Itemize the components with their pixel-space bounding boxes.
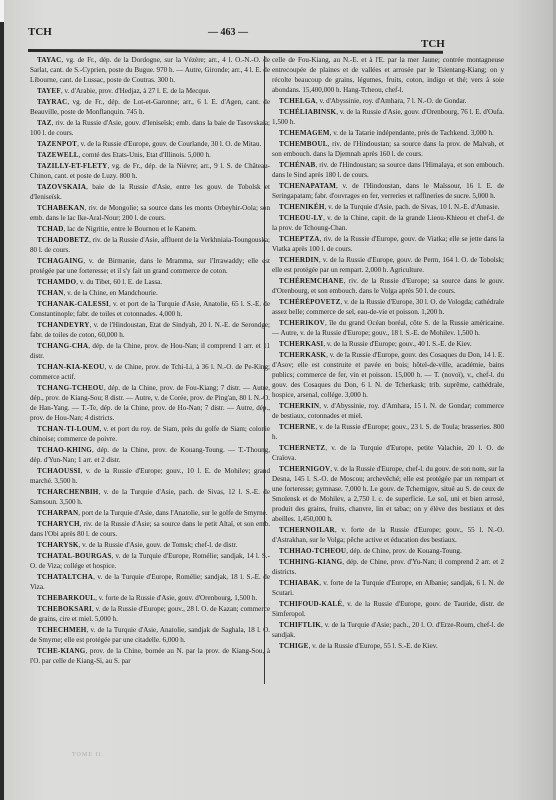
page-binding-edge [0, 0, 4, 800]
dictionary-entry: TCHIFOUD-KALÉ, v. de la Russie d'Europe,… [272, 599, 504, 619]
entry-headword: TCHÉNAB [279, 161, 315, 169]
entry-headword: TCHATAL-BOURGAS [37, 552, 111, 560]
dictionary-entry: TAYRAC, vg. de Fr., dép. de Lot-et-Garon… [30, 97, 270, 117]
dictionary-entry: TCHIFTLIK, v. de la Turquie d'Asie; pach… [272, 620, 504, 640]
entry-text: , v. de la Russie d'Europe; gouv., 40 l.… [323, 340, 471, 348]
running-head-left: TCH [28, 26, 52, 38]
entry-text: , v. du Tibet, 60 l. E. de Lassa. [76, 278, 162, 286]
dictionary-entry: TCHANDEYRY, v. de l'Hindoustan, Etat de … [30, 320, 270, 340]
entry-headword: TCHENAPATAM [279, 182, 336, 190]
entry-headword: TAZENPOT [37, 140, 77, 148]
entry-headword: TCHEMBOUL [279, 140, 328, 148]
entry-headword: TCHIFTLIK [279, 621, 321, 629]
entry-text: , v. de la Turquie d'Asie, pach. de Siva… [325, 203, 500, 211]
dictionary-entry: TAYEF, v. d'Arabie, prov. d'Hedjaz, à 27… [30, 86, 270, 96]
dictionary-entry: TCHANG-TCHEOU, dép. de la Chine, prov. d… [30, 383, 270, 423]
dictionary-entry: TCHERKASK, v. de la Russie d'Europe, gou… [272, 350, 504, 400]
dictionary-entry: TAZILLY-ET-FLETY, vg. de Fr., dép. de la… [30, 161, 270, 181]
entry-headword: TCHERIKOV [279, 319, 325, 327]
entry-headword: TCHAMDO [37, 278, 76, 286]
entry-text: , comté des Etats-Unis, Etat d'Illinois.… [79, 151, 211, 159]
dictionary-entry: TCHHING-KIANG, dép. de Chine, prov. d'Yu… [272, 557, 504, 577]
entry-headword: TCHIABAK [279, 579, 319, 587]
dictionary-entry: TCHEMBOUL, riv. de l'Hindoustan; sa sour… [272, 139, 504, 159]
entry-headword: TAYAC [37, 56, 61, 64]
entry-headword: TCHARYSK [37, 541, 79, 549]
entry-headword: TCHAD [37, 225, 64, 233]
dictionary-entry: TAZEWELL, comté des Etats-Unis, Etat d'I… [30, 150, 270, 160]
dictionary-entry: TCHARCHENBIH, v. de la Turquie d'Asie, p… [30, 487, 270, 507]
dictionary-entry: TCHENAPATAM, v. de l'Hindoustan, dans le… [272, 181, 504, 201]
dictionary-entry: TAZ, riv. de la Russie d'Asie, gouv. d'I… [30, 118, 270, 138]
dictionary-entry: TCHERNE, v. de la Russie d'Europe; gouv.… [272, 422, 504, 442]
entry-headword: TCHÉRÉPOVETZ [279, 298, 341, 306]
dictionary-entry: TCHHAO-TCHEOU, dép. de Chine, prov. de K… [272, 546, 504, 556]
entry-headword: TAZ [37, 119, 52, 127]
dictionary-entry: TAYAC, vg. de Fr., dép. de la Dordogne, … [30, 55, 270, 85]
dictionary-entry: TCHERNOILAR, v. forte de la Russie d'Eur… [272, 525, 504, 545]
signature-mark: TOME II. [72, 752, 104, 758]
entry-headword: TCHÉLIABINSK [279, 108, 336, 116]
dictionary-entry: TCHARPAN, port de la Turquie d'Asie, dan… [30, 508, 270, 518]
entry-headword: TCHAN [37, 289, 64, 297]
entry-headword: TCHERNIGOV [279, 465, 330, 473]
entry-headword: TCHELGA [279, 97, 316, 105]
entry-headword: TCHEBOKSARI [37, 605, 92, 613]
entry-headword: TCHANDEYRY [37, 321, 90, 329]
dictionary-entry: TCHAMDO, v. du Tibet, 60 l. E. de Lassa. [30, 277, 270, 287]
entry-headword: TCHAN-KIA-KEOU [37, 363, 104, 371]
dictionary-entry: TCHANG-CHA, dép. de la Chine, prov. de H… [30, 341, 270, 361]
entry-headword: TCHANG-TCHEOU [37, 384, 104, 392]
entry-headword: TCHERKASK [279, 351, 326, 359]
dictionary-entry: TCHAD, lac de Nigritie, entre le Bournou… [30, 224, 270, 234]
entry-text: , lac de Nigritie, entre le Bournou et l… [64, 225, 197, 233]
running-head-right: TCH [421, 38, 445, 50]
entry-headword: TCHARCHENBIH [37, 488, 99, 496]
running-header: TCH — 463 — TCH [28, 26, 442, 48]
entry-headword: TCHERDIN [279, 256, 319, 264]
dictionary-entry: TCHABEKAN, riv. de Mongolie; sa source d… [30, 203, 270, 223]
entry-text: , v. de la Russie d'Europe, 55 l. S.-E. … [309, 642, 438, 650]
entry-headword: TCHERKIN [279, 402, 319, 410]
entry-text: , v. d'Abyssinie, roy. d'Amhara, 7 l. N.… [316, 97, 467, 105]
entry-headword: TCHABEKAN [37, 204, 85, 212]
dictionary-entry: TCHAOUSSI, v. de la Russie d'Europe; gou… [30, 466, 270, 486]
entry-headword: TCHATALTCHA [37, 573, 93, 581]
entry-text: , v. de la Chine, en Mandchourie. [64, 289, 158, 297]
entry-headword: TCHE-KIANG [37, 647, 86, 655]
entry-headword: TCHANAK-CALESSI [37, 300, 109, 308]
entry-headword: TCHHAO-TCHEOU [279, 547, 346, 555]
entry-headword: TCHERKASI [279, 340, 323, 348]
entry-text: , riv. de la Russie d'Asie, gouv. d'Ieni… [30, 119, 270, 137]
dictionary-entry: TCHARYSK, v. de la Russie d'Asie, gouv. … [30, 540, 270, 550]
entry-headword: TCHEPTZA [279, 235, 320, 243]
entry-headword: TCHENIKÉH [279, 203, 325, 211]
dictionary-entry: TAZOVSKAIA, baie de la Russie d'Asie, en… [30, 182, 270, 202]
dictionary-entry: TCHIABAK, v. forte de la Turquie d'Europ… [272, 578, 504, 598]
dictionary-entry: TCHÉREMCHANE, riv. de la Russie d'Europe… [272, 276, 504, 296]
entry-headword: TCHARYCH [37, 520, 80, 528]
header-rule [28, 49, 443, 54]
dictionary-entry: TCHERNETZ, v. de la Turquie d'Europe, pe… [272, 443, 504, 463]
left-column: TAYAC, vg. de Fr., dép. de la Dordogne, … [30, 55, 270, 667]
dictionary-entry: TCHELGA, v. d'Abyssinie, roy. d'Amhara, … [272, 96, 504, 106]
entry-text: , v. forte de la Russie d'Asie, gouv. d'… [95, 594, 257, 602]
entry-text: , vg. de Fr., dép. de la Dordogne, sur l… [30, 56, 270, 84]
entry-headword: TCHARPAN [37, 509, 78, 517]
entry-headword: TAZILLY-ET-FLETY [37, 162, 108, 170]
dictionary-entry: TCHERDIN, v. de la Russie d'Europe, gouv… [272, 255, 504, 275]
dictionary-entry: TCHERIKOV, île du grand Océan boréal, cô… [272, 318, 504, 338]
dictionary-entry: TCHAN-TI-LOUM, v. et port du roy. de Sia… [30, 424, 270, 444]
entry-text: , v. de la Russie d'Europe, gouv. de Cou… [77, 140, 261, 148]
entry-headword: TCHEMAGEM [279, 129, 330, 137]
entry-headword: TCHIGE [279, 642, 309, 650]
dictionary-entry: TCHENIKÉH, v. de la Turquie d'Asie, pach… [272, 202, 504, 212]
entry-text: , port de la Turquie d'Asie, dans l'Anat… [78, 509, 267, 517]
entry-headword: TAYRAC [37, 98, 67, 106]
entry-headword: TCHANG-CHA [37, 342, 88, 350]
entry-headword: TCHEBARKOUL [37, 594, 95, 602]
entry-text: , v. de la Russie d'Europe, chef-l. du g… [272, 465, 504, 523]
entry-headword: TCHAN-TI-LOUM [37, 425, 100, 433]
dictionary-entry: celle de Fou-Kiang, au N.-E. et à l'E. p… [272, 55, 504, 95]
entry-headword: TCHAOUSSI [37, 467, 81, 475]
entry-headword: TCHERNETZ [279, 444, 325, 452]
dictionary-entry: TCHEMAGEM, v. de la Tatarie indépendante… [272, 128, 504, 138]
entry-headword: TCHEOU-LY [279, 214, 323, 222]
dictionary-entry: TCHERKASI, v. de la Russie d'Europe; gou… [272, 339, 504, 349]
dictionary-entry: TCHÉLIABINSK, v. de la Russie d'Asie, go… [272, 107, 504, 127]
dictionary-entry: TAZENPOT, v. de la Russie d'Europe, gouv… [30, 139, 270, 149]
entry-headword: TCHADOBETZ [37, 236, 89, 244]
dictionary-entry: TCHEPTZA, riv. de la Russie d'Europe, go… [272, 234, 504, 254]
dictionary-entry: TCHÉNAB, riv. de l'Hindoustan; sa source… [272, 160, 504, 180]
scanned-page: TCH — 463 — TCH TAYAC, vg. de Fr., dép. … [0, 0, 556, 800]
dictionary-entry: TCHIGE, v. de la Russie d'Europe, 55 l. … [272, 641, 504, 651]
entry-text: celle de Fou-Kiang, au N.-E. et à l'E. p… [272, 56, 504, 94]
dictionary-entry: TCHECHMEH, v. de la Turquie d'Asie, Anat… [30, 625, 270, 645]
entry-headword: TAZOVSKAIA [37, 183, 86, 191]
column-divider [264, 56, 265, 684]
dictionary-entry: TCHÉRÉPOVETZ, v. de la Russie d'Europe, … [272, 297, 504, 317]
dictionary-entry: TCHANAK-CALESSI, v. et port de la Turqui… [30, 299, 270, 319]
dictionary-entry: TCHE-KIANG, prov. de la Chine, bornée au… [30, 646, 270, 666]
entry-text: , dép. de Chine, prov. de Kouang-Toung. [346, 547, 461, 555]
entry-headword: TCHAO-KHING [37, 446, 92, 454]
dictionary-entry: TCHAGAING, v. de Birmanie, dans le Mramm… [30, 256, 270, 276]
dictionary-entry: TCHERNIGOV, v. de la Russie d'Europe, ch… [272, 464, 504, 524]
entry-text: , v. de la Russie d'Asie, gouv. de Tomsk… [79, 541, 238, 549]
entry-headword: TCHIFOUD-KALÉ [279, 600, 342, 608]
right-column: celle de Fou-Kiang, au N.-E. et à l'E. p… [272, 55, 504, 652]
entry-headword: TCHERNE [279, 423, 315, 431]
dictionary-entry: TCHEBARKOUL, v. forte de la Russie d'Asi… [30, 593, 270, 603]
dictionary-entry: TCHATAL-BOURGAS, v. de la Turquie d'Euro… [30, 551, 270, 571]
entry-headword: TCHÉREMCHANE [279, 277, 344, 285]
entry-headword: TCHAGAING [37, 257, 83, 265]
entry-headword: TCHERNOILAR [279, 526, 335, 534]
dictionary-entry: TCHAO-KHING, dép. de la Chine, prov. de … [30, 445, 270, 465]
page-number: — 463 — [208, 27, 248, 38]
entry-headword: TAZEWELL [37, 151, 79, 159]
dictionary-entry: TCHERKIN, v. d'Abyssinie, roy. d'Amhara,… [272, 401, 504, 421]
entry-headword: TAYEF [37, 87, 61, 95]
entry-headword: TCHHING-KIANG [279, 558, 342, 566]
dictionary-entry: TCHAN, v. de la Chine, en Mandchourie. [30, 288, 270, 298]
dictionary-entry: TCHADOBETZ, riv. de la Russie d'Asie, af… [30, 235, 270, 255]
entry-text: , v. de la Tatarie indépendante, près de… [330, 129, 494, 137]
dictionary-entry: TCHARYCH, riv. de la Russie d'Asie; sa s… [30, 519, 270, 539]
dictionary-entry: TCHEBOKSARI, v. de la Russie d'Europe; g… [30, 604, 270, 624]
page-corner [0, 0, 4, 22]
dictionary-entry: TCHEOU-LY, v. de la Chine, capit. de la … [272, 213, 504, 233]
entry-text: , v. d'Arabie, prov. d'Hedjaz, à 27 l. E… [61, 87, 211, 95]
dictionary-entry: TCHAN-KIA-KEOU, v. de Chine, prov. de Tc… [30, 362, 270, 382]
entry-headword: TCHECHMEH [37, 626, 87, 634]
dictionary-entry: TCHATALTCHA, v. de la Turquie d'Europe, … [30, 572, 270, 592]
